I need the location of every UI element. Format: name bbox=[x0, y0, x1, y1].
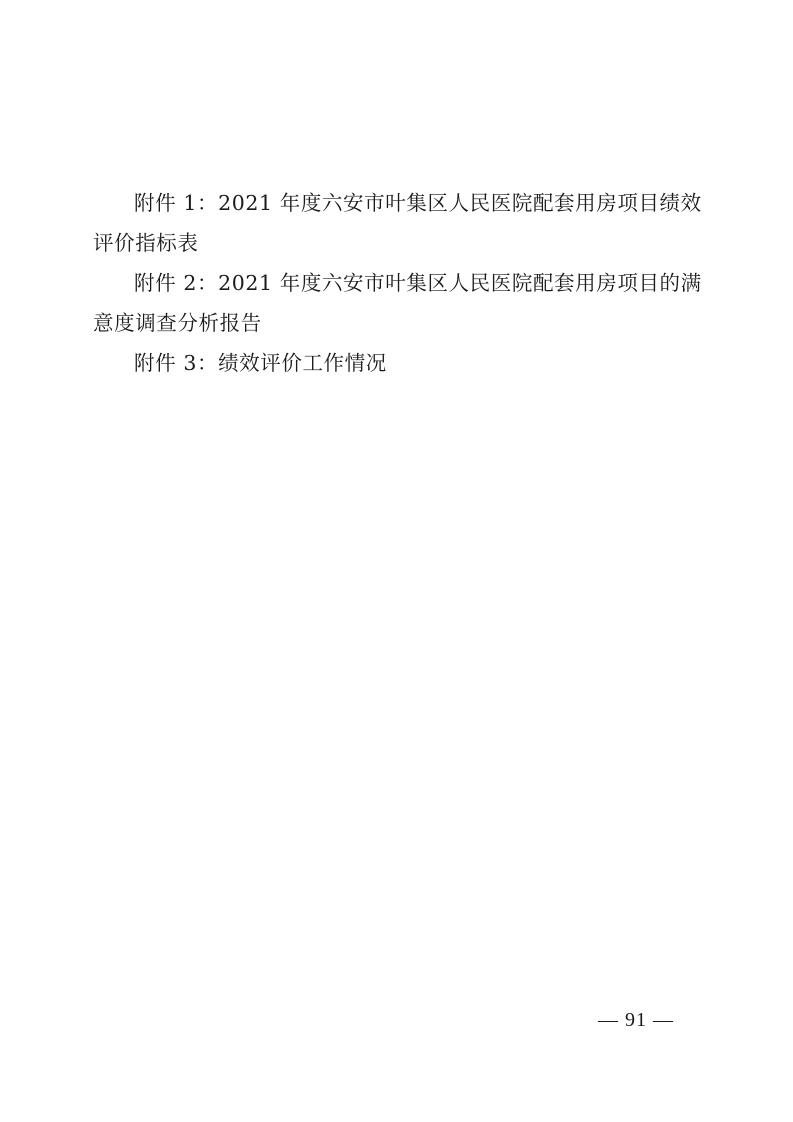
attachment-label: 附件 1： bbox=[134, 191, 218, 215]
attachment-title: 绩效评价工作情况 bbox=[218, 351, 387, 375]
attachment-item-1: 附件 1：2021 年度六安市叶集区人民医院配套用房项目绩效评价指标表 bbox=[93, 183, 705, 263]
attachment-label: 附件 3： bbox=[134, 351, 218, 375]
page-number: — 91 — bbox=[598, 1009, 674, 1032]
document-page: 附件 1：2021 年度六安市叶集区人民医院配套用房项目绩效评价指标表 附件 2… bbox=[0, 0, 793, 1122]
attachment-label: 附件 2： bbox=[134, 271, 218, 295]
attachment-item-2: 附件 2：2021 年度六安市叶集区人民医院配套用房项目的满意度调查分析报告 bbox=[93, 263, 705, 343]
attachment-item-3: 附件 3：绩效评价工作情况 bbox=[93, 343, 705, 383]
attachment-list: 附件 1：2021 年度六安市叶集区人民医院配套用房项目绩效评价指标表 附件 2… bbox=[93, 183, 705, 383]
